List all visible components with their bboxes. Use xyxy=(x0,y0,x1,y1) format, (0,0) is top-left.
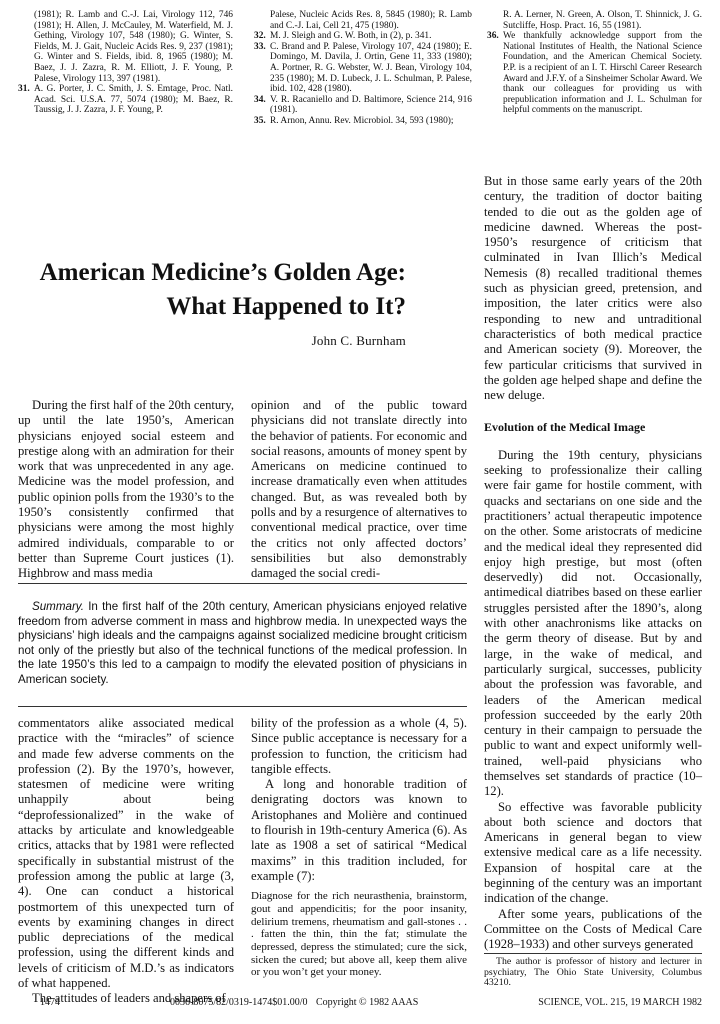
reference-number: 35. xyxy=(254,116,266,127)
summary: Summary. In the first half of the 20th c… xyxy=(18,600,467,688)
summary-bottom-rule xyxy=(18,706,467,707)
reference-text: M. J. Sleigh and G. W. Both, in (2), p. … xyxy=(270,31,431,41)
paragraph: So effective was favorable publicity abo… xyxy=(484,800,702,907)
paragraph: opinion and of the public toward physici… xyxy=(251,398,467,582)
paragraph: After some years, publications of the Co… xyxy=(484,907,702,953)
reference-text: V. R. Racaniello and D. Baltimore, Scien… xyxy=(270,95,472,116)
right-column: But in those same early years of the 20t… xyxy=(484,174,702,953)
reference-text: R. Arnon, Annu. Rev. Microbiol. 34, 593 … xyxy=(270,116,454,126)
footer-copyright: Copyright © 1982 AAAS xyxy=(316,997,418,1008)
reference-continued: Palese, Nucleic Acids Res. 8, 5845 (1980… xyxy=(254,10,472,31)
paragraph: bility of the profession as a whole (4, … xyxy=(251,716,467,777)
section-heading: Evolution of the Medical Image xyxy=(484,420,702,435)
summary-label: Summary. xyxy=(32,600,84,613)
summary-top-rule xyxy=(18,583,467,584)
reference-item: 33. C. Brand and P. Palese, Virology 107… xyxy=(254,42,472,95)
article-title: American Medicine’s Golden Age: What Hap… xyxy=(20,256,406,324)
summary-text: In the first half of the 20th century, A… xyxy=(18,600,467,686)
block-quote: Diagnose for the rich neurasthenia, brai… xyxy=(251,890,467,979)
references-col-1: (1981); R. Lamb and C.-J. Lai, Virology … xyxy=(18,10,233,116)
lower-column-1: commentators alike associated medical pr… xyxy=(18,716,234,1007)
footnote-rule xyxy=(484,953,702,954)
references-col-2: Palese, Nucleic Acids Res. 8, 5845 (1980… xyxy=(254,10,472,127)
paragraph: But in those same early years of the 20t… xyxy=(484,174,702,403)
reference-item: 35. R. Arnon, Annu. Rev. Microbiol. 34, … xyxy=(254,116,472,127)
reference-text: C. Brand and P. Palese, Virology 107, 42… xyxy=(270,42,472,94)
references-col-3: R. A. Lerner, N. Green, A. Olson, T. Shi… xyxy=(487,10,702,116)
reference-item: 32. M. J. Sleigh and G. W. Both, in (2),… xyxy=(254,31,472,42)
author-note: The author is professor of history and l… xyxy=(484,957,702,989)
paragraph: During the 19th century, physicians seek… xyxy=(484,448,702,800)
lower-column-2: bility of the profession as a whole (4, … xyxy=(251,716,467,979)
reference-continued: R. A. Lerner, N. Green, A. Olson, T. Shi… xyxy=(487,10,702,31)
footer-journal: SCIENCE, VOL. 215, 19 MARCH 1982 xyxy=(504,997,702,1008)
reference-number: 31. xyxy=(18,84,30,95)
reference-number: 36. xyxy=(487,31,499,42)
article-author: John C. Burnham xyxy=(200,333,406,349)
article-title-line-2: What Happened to It? xyxy=(20,290,406,324)
reference-item: 34. V. R. Racaniello and D. Baltimore, S… xyxy=(254,95,472,116)
page-number: 1474 xyxy=(40,997,60,1008)
footer-code: 0036-8075/82/0319-1474$01.00/0 xyxy=(170,997,308,1008)
reference-item: 36. We thankfully acknowledge support fr… xyxy=(487,31,702,116)
paragraph: A long and honorable tradition of denigr… xyxy=(251,777,467,884)
reference-text: We thankfully acknowledge support from t… xyxy=(503,31,702,115)
reference-number: 33. xyxy=(254,42,266,53)
reference-number: 32. xyxy=(254,31,266,42)
paragraph: commentators alike associated medical pr… xyxy=(18,716,234,991)
reference-item: 31. A. G. Porter, J. C. Smith, J. S. Emt… xyxy=(18,84,233,116)
paragraph: During the first half of the 20th centur… xyxy=(18,398,234,582)
reference-text: A. G. Porter, J. C. Smith, J. S. Emtage,… xyxy=(34,84,233,115)
intro-column-2: opinion and of the public toward physici… xyxy=(251,398,467,582)
reference-number: 34. xyxy=(254,95,266,106)
intro-column-1: During the first half of the 20th centur… xyxy=(18,398,234,582)
article-title-line-1: American Medicine’s Golden Age: xyxy=(20,256,406,290)
reference-continued: (1981); R. Lamb and C.-J. Lai, Virology … xyxy=(18,10,233,84)
